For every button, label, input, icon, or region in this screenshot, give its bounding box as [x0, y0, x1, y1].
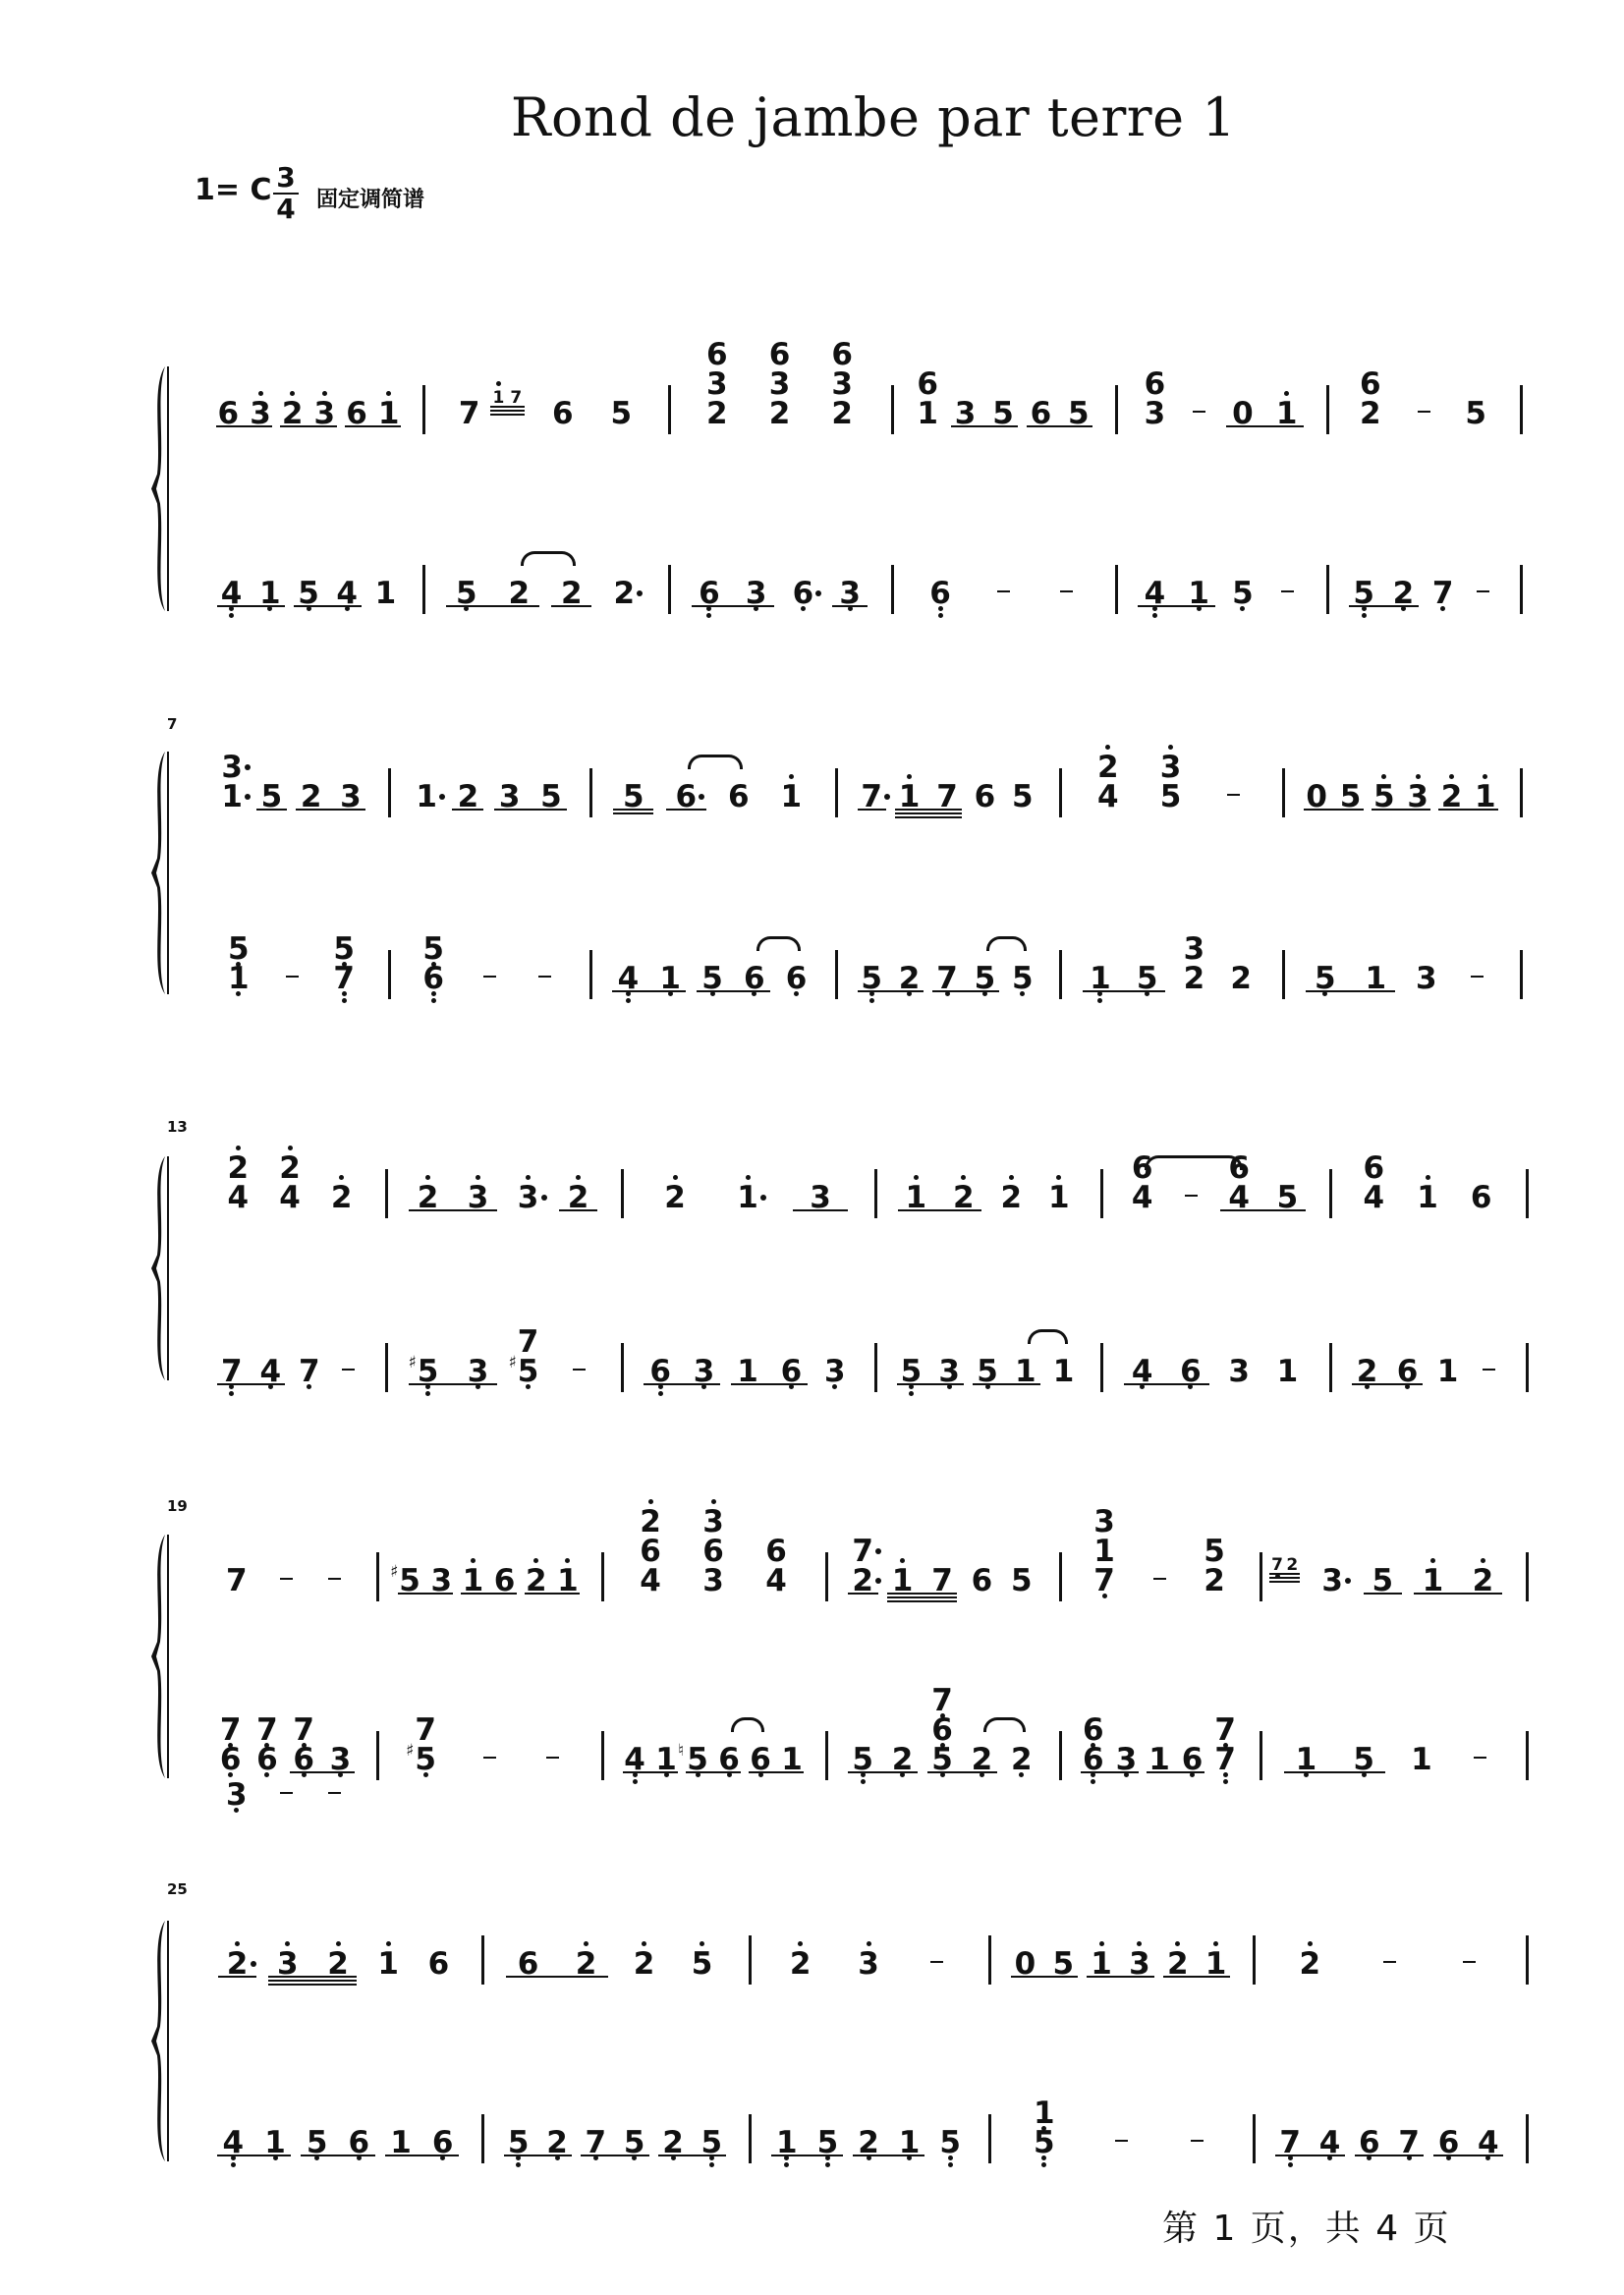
barline: [1260, 1552, 1262, 1601]
page-indicator: 第 1 页，共 4 页: [1162, 2201, 1451, 2251]
note-3: 3: [702, 1507, 724, 1538]
tie-slur: [1028, 1329, 1068, 1344]
barline: [388, 768, 391, 817]
octave-dot-below: [940, 1713, 945, 1718]
note-1: 1: [737, 1183, 758, 1213]
beam-underline: [973, 1383, 1039, 1385]
beam-underline: [301, 2155, 374, 2156]
note-6: 6: [929, 579, 951, 609]
beam-underline: [858, 809, 886, 811]
augmentation-dot: [699, 794, 704, 800]
octave-dot-below: [1041, 2162, 1046, 2167]
octave-dot-below: [706, 613, 711, 618]
note-1: 1: [374, 579, 396, 609]
note-4: 4: [640, 1566, 661, 1596]
note-7: 7: [1093, 1566, 1115, 1596]
beam-underline: [216, 425, 272, 427]
beam-underline: [385, 2155, 459, 2156]
beam-underline: [296, 809, 365, 811]
beam-underline: [1226, 425, 1304, 427]
octave-dot-above: [386, 1941, 391, 1946]
note-5: 5: [939, 2128, 961, 2158]
sustain-dash: [573, 1369, 586, 1371]
sustain-dash: [1477, 590, 1489, 592]
grace-beam-line: [490, 414, 526, 416]
note-6: 6: [220, 1745, 242, 1775]
beam-underline: [1433, 2155, 1503, 2156]
octave-dot-below: [423, 1772, 428, 1777]
sustain-dash: [1383, 1961, 1396, 1963]
octave-dot-above: [1426, 1175, 1430, 1180]
beam-underline: [951, 425, 1018, 427]
note-7: 7: [852, 1537, 873, 1567]
augmentation-dot: [815, 590, 821, 596]
barline: [668, 385, 671, 434]
note-6: 6: [1360, 369, 1381, 400]
beam-underline: [1364, 1593, 1402, 1595]
sustain-dash: [1227, 794, 1240, 796]
octave-dot-above: [746, 1175, 751, 1180]
note-6: 6: [974, 782, 995, 812]
octave-dot-below: [1288, 2162, 1293, 2167]
octave-dot-below: [302, 1743, 307, 1748]
barline: [825, 1731, 828, 1780]
beam-underline: [658, 2155, 726, 2156]
note-7: 7: [333, 964, 355, 994]
note-5: 5: [1204, 1537, 1225, 1567]
note-2: 2: [1360, 399, 1381, 429]
beam-underline: [1349, 605, 1419, 607]
tie-slur: [986, 936, 1026, 951]
beam-underline: [1414, 1593, 1502, 1595]
note-2: 2: [1183, 964, 1204, 994]
note-2: 2: [664, 1183, 686, 1213]
note-3: 3: [518, 1183, 539, 1213]
note-3: 3: [226, 1780, 248, 1811]
beam-underline: [1083, 990, 1165, 992]
note-1: 1: [1053, 1357, 1075, 1387]
barline: [589, 768, 592, 817]
octave-dot-above: [336, 1941, 341, 1946]
beam-underline: [1275, 2155, 1345, 2156]
sustain-dash: [1471, 976, 1484, 978]
beam-underline: [771, 2155, 843, 2156]
barline: [1520, 950, 1523, 999]
octave-dot-above: [322, 391, 327, 396]
beam-underline: [345, 425, 401, 427]
beam-underline: [1372, 809, 1430, 811]
beam-underline: [932, 990, 999, 992]
note-7: 7: [293, 1715, 314, 1746]
note-5: 5: [518, 1357, 539, 1387]
note-6: 6: [971, 1566, 992, 1596]
note-5: 5: [1012, 782, 1034, 812]
barline: [668, 565, 671, 614]
beam-underline: [887, 1600, 957, 1602]
octave-dot-below: [948, 2155, 953, 2160]
barline: [1059, 1552, 1062, 1601]
barline: [601, 1552, 604, 1601]
note-5: 5: [422, 934, 444, 965]
beam-underline: [858, 990, 924, 992]
note-7: 7: [1214, 1715, 1236, 1746]
barline: [1115, 385, 1118, 434]
beam-underline: [452, 809, 483, 811]
note-5: 5: [228, 934, 250, 965]
octave-dot-below: [1223, 1743, 1228, 1748]
barline: [1059, 1731, 1062, 1780]
barline: [385, 1169, 388, 1218]
note-3: 3: [1321, 1566, 1343, 1596]
sharp-icon: ♯: [390, 1562, 398, 1582]
augmentation-dot: [245, 764, 251, 770]
octave-dot-below: [1097, 998, 1102, 1003]
note-3: 3: [221, 753, 243, 783]
beam-underline: [749, 1771, 804, 1773]
octave-dot-above: [914, 1175, 919, 1180]
sustain-dash: [328, 1578, 341, 1580]
beam-underline: [1304, 809, 1363, 811]
beam-underline: [398, 1593, 454, 1595]
system-line: [167, 1535, 169, 1778]
beam-underline: [1147, 1771, 1204, 1773]
note-5: 5: [1465, 399, 1486, 429]
barline: [835, 768, 838, 817]
note-6: 6: [427, 1949, 449, 1980]
note-2: 2: [769, 399, 791, 429]
barline: [835, 950, 838, 999]
barline: [1282, 768, 1285, 817]
octave-dot-below: [342, 998, 347, 1003]
augmentation-dot: [760, 1195, 766, 1201]
note-4: 4: [227, 1183, 249, 1213]
sustain-dash: [930, 1961, 943, 1963]
beam-underline: [644, 1383, 720, 1385]
octave-dot-above: [1416, 774, 1421, 779]
beam-underline: [504, 2155, 572, 2156]
augmentation-dot: [439, 794, 445, 800]
sustain-dash: [997, 590, 1010, 592]
note-5: 5: [1160, 782, 1182, 812]
note-1: 1: [416, 782, 437, 812]
beam-underline: [848, 1593, 878, 1595]
note-7: 7: [256, 1715, 278, 1746]
augmentation-dot: [637, 590, 643, 596]
note-6: 6: [552, 399, 574, 429]
note-5: 5: [415, 1745, 436, 1775]
note-2: 2: [1097, 753, 1119, 783]
tie-slur: [688, 755, 743, 769]
beam-underline: [461, 1593, 517, 1595]
barline: [1253, 2114, 1256, 2163]
note-7: 7: [1432, 579, 1454, 609]
beam-underline: [832, 605, 868, 607]
octave-dot-below: [229, 613, 234, 618]
beam-underline: [613, 809, 653, 811]
note-2: 2: [640, 1507, 661, 1538]
note-1: 1: [221, 782, 243, 812]
note-1: 1: [1437, 1357, 1459, 1387]
note-3: 3: [1160, 753, 1182, 783]
sustain-dash: [546, 1757, 559, 1759]
note-2: 2: [279, 1153, 301, 1184]
note-5: 5: [1012, 964, 1034, 994]
barline: [1526, 1343, 1529, 1392]
sustain-dash: [286, 976, 299, 978]
note-5: 5: [1011, 1566, 1033, 1596]
octave-dot-above: [1430, 1558, 1435, 1563]
beam-underline: [895, 809, 962, 811]
brace-icon: [147, 1535, 169, 1778]
note-6: 6: [1363, 1153, 1384, 1184]
grace-beam-line: [490, 406, 526, 408]
barline: [481, 2114, 484, 2163]
beam-underline: [581, 2155, 648, 2156]
brace-icon: [147, 752, 169, 994]
barline: [1526, 2114, 1529, 2163]
beam-underline: [623, 1771, 678, 1773]
barline: [1329, 1169, 1332, 1218]
note-6: 6: [792, 579, 813, 609]
beam-underline: [1081, 1771, 1139, 1773]
sustain-dash: [483, 976, 496, 978]
octave-dot-above: [471, 1558, 476, 1563]
barline: [988, 2114, 991, 2163]
note-7: 7: [299, 1357, 320, 1387]
octave-dot-above: [711, 1499, 716, 1504]
note-6: 6: [831, 340, 853, 370]
note-1: 1: [917, 399, 938, 429]
note-4: 4: [765, 1566, 787, 1596]
note-3: 3: [1228, 1357, 1250, 1387]
octave-dot-above: [1009, 1175, 1014, 1180]
octave-dot-above: [673, 1175, 678, 1180]
barline: [825, 1552, 828, 1601]
octave-dot-above: [1481, 1558, 1485, 1563]
beam-underline: [525, 1593, 581, 1595]
beam-underline: [446, 605, 538, 607]
barline: [621, 1343, 624, 1392]
sustain-dash: [1193, 411, 1205, 413]
beam-underline: [256, 809, 287, 811]
barline: [1520, 385, 1523, 434]
grace-beam-line: [490, 410, 526, 412]
note-6: 6: [640, 1537, 661, 1567]
note-1: 1: [1093, 1537, 1115, 1567]
note-6: 6: [702, 1537, 724, 1567]
octave-dot-above: [496, 381, 501, 386]
barline: [1326, 385, 1329, 434]
beam-underline: [731, 1383, 808, 1385]
octave-dot-below: [825, 2162, 830, 2167]
system-line: [167, 1921, 169, 2161]
beam-underline: [1163, 1976, 1230, 1978]
sustain-dash: [1281, 590, 1294, 592]
barline: [1526, 1935, 1529, 1985]
sharp-icon: ♯: [509, 1353, 517, 1372]
barline: [481, 1935, 484, 1985]
note-1: 1: [1417, 1183, 1438, 1213]
beam-underline: [895, 816, 962, 818]
barline: [1100, 1343, 1103, 1392]
beam-underline: [613, 812, 653, 814]
sustain-dash: [1418, 411, 1430, 413]
note-6: 6: [706, 340, 728, 370]
octave-dot-above: [867, 1941, 871, 1946]
beam-underline: [887, 1593, 957, 1595]
barline: [1326, 565, 1329, 614]
octave-dot-below: [1152, 613, 1157, 618]
octave-dot-below: [938, 613, 943, 618]
sustain-dash: [280, 1578, 293, 1580]
grace-beam-line: [1269, 1581, 1300, 1583]
beam-underline: [1355, 2155, 1425, 2156]
beam-underline: [697, 990, 770, 992]
natural-icon: ♮: [678, 1741, 684, 1761]
beam-underline: [506, 1976, 608, 1978]
barline: [376, 1552, 379, 1601]
note-3: 3: [831, 369, 853, 400]
barline: [1282, 950, 1285, 999]
note-7: 7: [226, 1566, 248, 1596]
note-5: 5: [333, 934, 355, 965]
octave-dot-below: [709, 2162, 714, 2167]
octave-dot-below: [516, 2162, 521, 2167]
barline: [1520, 768, 1523, 817]
beam-underline: [887, 1596, 957, 1598]
note-6: 6: [1144, 369, 1165, 400]
sustain-dash: [1185, 1195, 1198, 1197]
octave-dot-below: [1102, 1594, 1107, 1598]
sharp-icon: ♯: [409, 1353, 417, 1372]
note-6: 6: [1471, 1183, 1492, 1213]
beam-underline: [409, 1383, 497, 1385]
octave-dot-below: [940, 1743, 945, 1748]
beam-underline: [1087, 1976, 1153, 1978]
note-7: 7: [510, 390, 522, 407]
beam-underline: [1438, 809, 1497, 811]
sustain-dash: [1474, 1757, 1486, 1759]
note-6: 6: [728, 782, 750, 812]
time-signature: 3 4: [273, 163, 299, 224]
sharp-icon: ♯: [406, 1741, 414, 1761]
note-2: 2: [634, 1949, 655, 1980]
note-1: 1: [1034, 2099, 1055, 2129]
augmentation-dot: [251, 1961, 256, 1967]
barline: [621, 1169, 624, 1218]
system-line: [167, 366, 169, 611]
time-signature-denominator: 4: [276, 193, 295, 225]
octave-dot-below: [342, 991, 347, 996]
octave-dot-below: [1223, 1772, 1228, 1777]
beam-underline: [897, 1383, 964, 1385]
barline: [891, 565, 894, 614]
octave-dot-below: [231, 2162, 236, 2167]
barline: [749, 2114, 752, 2163]
barline: [1260, 1731, 1262, 1780]
octave-dot-below: [1091, 1779, 1095, 1784]
note-3: 3: [1144, 399, 1165, 429]
note-4: 4: [1363, 1183, 1384, 1213]
augmentation-dot: [875, 1578, 881, 1584]
sustain-dash: [342, 1369, 355, 1371]
barline: [1115, 565, 1118, 614]
beam-underline: [1306, 990, 1395, 992]
note-7: 7: [1214, 1745, 1236, 1775]
beam-underline: [793, 1209, 848, 1211]
beam-underline: [848, 1771, 918, 1773]
note-7: 7: [220, 1715, 242, 1746]
octave-dot-below: [431, 991, 436, 996]
octave-dot-below: [948, 2162, 953, 2167]
note-3: 3: [824, 1357, 846, 1387]
beam-underline: [217, 2155, 291, 2156]
note-1: 1: [1276, 1357, 1298, 1387]
note-3: 3: [858, 1949, 879, 1980]
note-6: 6: [1083, 1715, 1104, 1746]
octave-dot-below: [342, 962, 347, 967]
note-2: 2: [1204, 1566, 1225, 1596]
note-5: 5: [610, 399, 632, 429]
note-1: 1: [228, 964, 250, 994]
beam-underline: [294, 605, 362, 607]
note-1: 1: [1411, 1745, 1432, 1775]
octave-dot-above: [648, 1499, 653, 1504]
sustain-dash: [280, 1792, 293, 1794]
beam-underline: [853, 2155, 924, 2156]
sustain-dash: [1483, 1369, 1495, 1371]
tie-slur: [756, 936, 801, 951]
note-2: 2: [706, 399, 728, 429]
sustain-dash: [483, 1757, 496, 1759]
grace-beam-line: [1269, 1573, 1300, 1575]
octave-dot-below: [909, 1391, 914, 1396]
octave-dot-above: [1099, 1941, 1104, 1946]
note-2: 2: [1000, 1183, 1022, 1213]
note-6: 6: [917, 369, 938, 400]
sustain-dash: [1115, 2140, 1128, 2142]
note-5: 5: [1034, 2128, 1055, 2158]
barline: [988, 1935, 991, 1985]
note-2: 2: [831, 399, 853, 429]
octave-dot-above: [288, 1146, 293, 1150]
system-line: [167, 1156, 169, 1380]
augmentation-dot: [884, 794, 890, 800]
sustain-dash: [328, 1792, 341, 1794]
note-4: 4: [1097, 782, 1119, 812]
beam-underline: [895, 812, 962, 814]
beam-underline: [218, 1976, 256, 1978]
barline: [874, 1169, 877, 1218]
augmentation-dot: [245, 794, 251, 800]
octave-dot-below: [633, 1779, 638, 1784]
barline: [1100, 1169, 1103, 1218]
note-3: 3: [1093, 1507, 1115, 1538]
note-6: 6: [769, 340, 791, 370]
barline: [385, 1343, 388, 1392]
note-1: 1: [1048, 1183, 1070, 1213]
beam-underline: [1284, 1771, 1385, 1773]
key-signature: 1= C: [195, 173, 271, 207]
note-6: 6: [786, 964, 808, 994]
beam-underline: [692, 605, 774, 607]
barline: [601, 1731, 604, 1780]
octave-dot-below: [1362, 613, 1367, 618]
beam-underline: [1011, 1976, 1078, 1978]
note-4: 4: [1132, 1183, 1153, 1213]
beam-underline: [666, 809, 706, 811]
beam-underline: [268, 1976, 357, 1978]
